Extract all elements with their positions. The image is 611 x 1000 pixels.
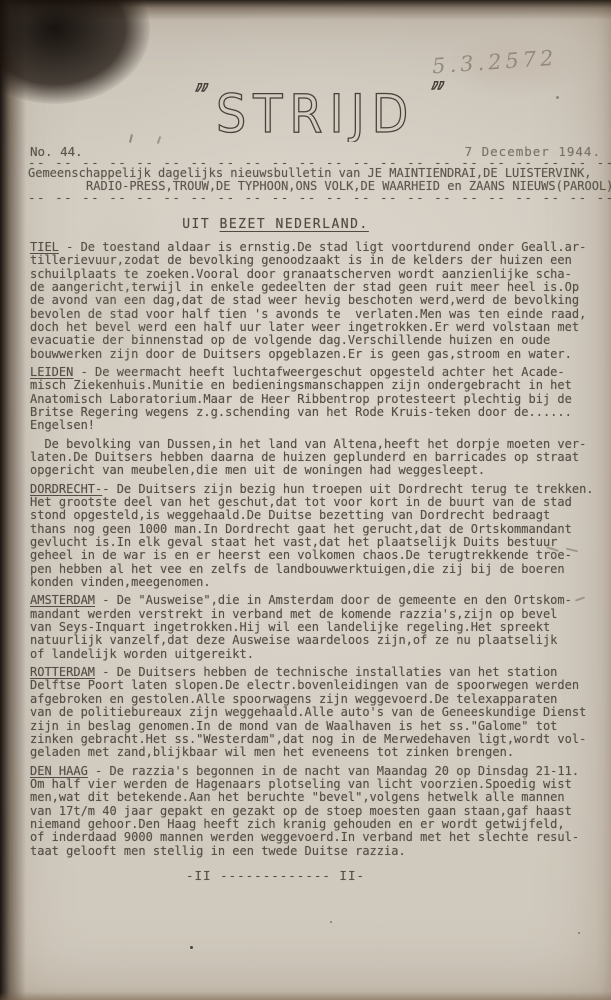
- section-heading: UIT BEZET NEDERLAND.: [0, 217, 551, 232]
- scan-edge-left: [0, 0, 26, 1000]
- archival-number-handwritten: 5.3.2572: [431, 46, 558, 79]
- scan-edge-bottom: [0, 992, 611, 1000]
- scanned-page: 5.3.2572 ” STRIJD ” No. 44. 7 December 1…: [0, 0, 611, 1000]
- issue-row: No. 44. 7 December 1944.: [0, 144, 611, 159]
- title-text: STRIJD: [216, 84, 415, 142]
- title-quote-left-mark: ”: [192, 80, 208, 114]
- issue-date: 7 December 1944.: [465, 144, 601, 159]
- article-column: TIEL - De toestand aldaar is ernstig.De …: [0, 241, 611, 858]
- article-text: - De Duitsers hebben de technische insta…: [30, 665, 586, 759]
- article-city-label: DORDRECHT-: [30, 482, 102, 496]
- article-text: - De weermacht heeft luchtafweergeschut …: [30, 365, 572, 432]
- pencil-mark: [129, 134, 133, 143]
- article-text: De bevolking van Dussen,in het land van …: [30, 437, 586, 478]
- news-article-denhaag: DEN HAAG - De razzia's begonnen in de na…: [30, 765, 605, 858]
- news-article-dussen: De bevolking van Dussen,in het land van …: [30, 438, 605, 478]
- article-city-label: LEIDEN: [30, 365, 73, 379]
- masthead-subtitle-line2: RADIO-PRESS,TROUW,DE TYPHOON,ONS VOLK,DE…: [0, 180, 611, 193]
- masthead-title: ” STRIJD ”: [190, 80, 458, 142]
- article-city-label: TIEL: [30, 240, 59, 254]
- news-article-dordrecht: DORDRECHT-- De Duitsers zijn bezig hun t…: [30, 483, 605, 590]
- article-city-label: ROTTERDAM: [30, 665, 95, 679]
- masthead-subtitle-line1: Gemeenschappelijk dagelijks nieuwsbullet…: [0, 167, 611, 180]
- article-text: - De razzia's begonnen in de nacht van M…: [30, 764, 579, 858]
- section-heading-underlined: BEZET NEDERLAND.: [220, 217, 369, 232]
- title-quote-right-mark: ”: [428, 80, 444, 112]
- news-article-amsterdam: AMSTERDAM - De "Ausweise",die in Amsterd…: [30, 594, 605, 661]
- end-divider: -II ------------- II-: [0, 868, 551, 883]
- article-text: - De toestand aldaar is ernstig.De stad …: [30, 240, 586, 361]
- news-article-tiel: TIEL - De toestand aldaar is ernstig.De …: [30, 241, 605, 361]
- paper-speck: [330, 921, 332, 923]
- news-article-rotterdam: ROTTERDAM - De Duitsers hebben de techni…: [30, 666, 605, 759]
- news-article-leiden: LEIDEN - De weermacht heeft luchtafweerg…: [30, 366, 605, 433]
- paper-speck: [556, 96, 559, 99]
- paper-speck: [578, 932, 580, 934]
- article-text: - De "Ausweise",die in Amsterdam door de…: [30, 593, 572, 660]
- section-heading-prefix: UIT: [182, 217, 219, 232]
- paper-speck: [190, 946, 193, 949]
- article-city-label: AMSTERDAM: [30, 593, 95, 607]
- scan-corner-shadow: [0, 0, 150, 104]
- article-city-label: DEN HAAG: [30, 764, 88, 778]
- article-text: - De Duitsers zijn bezig hun troepen uit…: [30, 482, 594, 589]
- issue-number: No. 44.: [30, 144, 83, 159]
- dashed-rule: -- -- -- -- -- -- -- -- -- -- -- -- -- -…: [0, 194, 611, 202]
- pencil-mark: [157, 136, 162, 144]
- dashed-rule: -- -- -- -- -- -- -- -- -- -- -- -- -- -…: [0, 159, 611, 167]
